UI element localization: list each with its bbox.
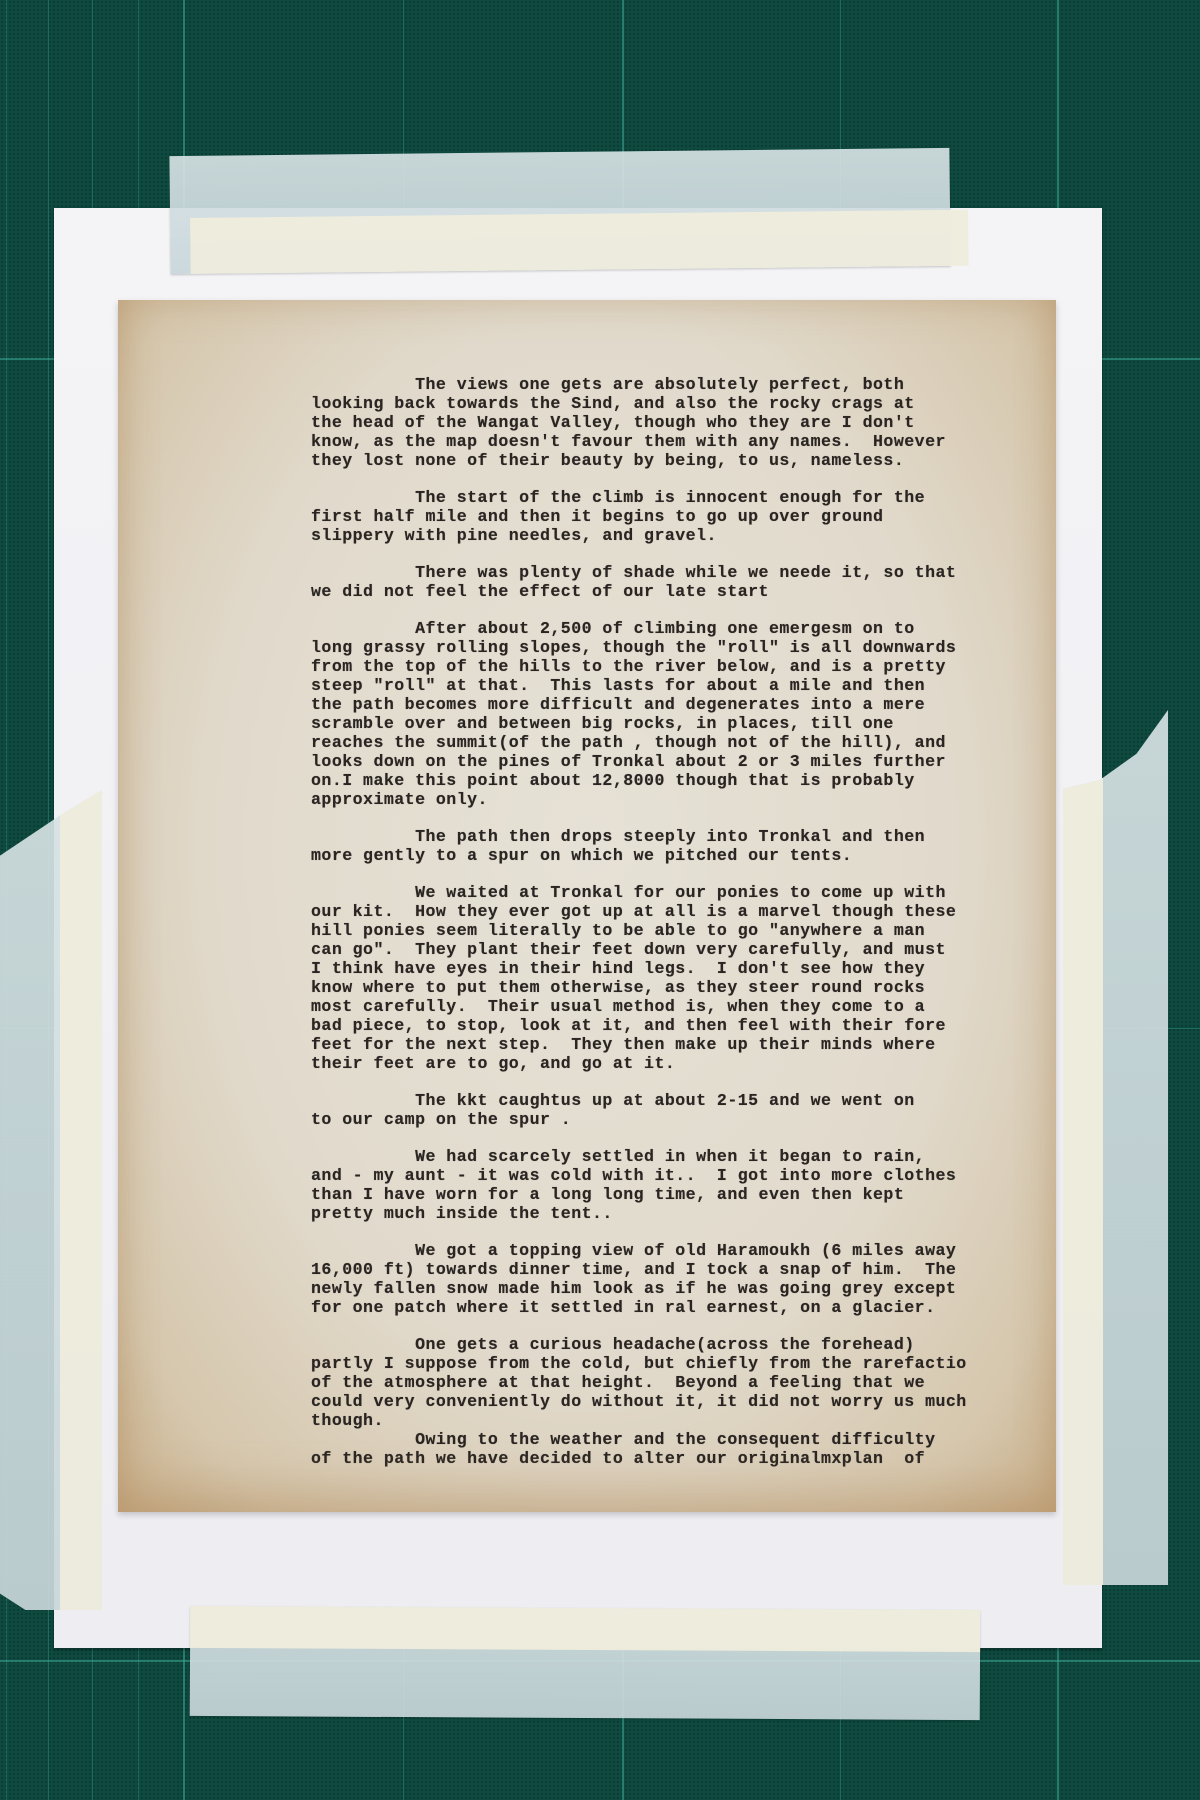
text-line: of the path we have decided to alter our… <box>311 1449 1071 1468</box>
paragraph: We waited at Tronkal for our ponies to c… <box>311 883 1071 1073</box>
text-line: I think have eyes in their hind legs. I … <box>311 959 1071 978</box>
text-line: of the atmosphere at that height. Beyond… <box>311 1373 1071 1392</box>
text-line: more gently to a spur on which we pitche… <box>311 846 1071 865</box>
text-line: partly I suppose from the cold, but chie… <box>311 1354 1071 1373</box>
paragraph: We got a topping view of old Haramoukh (… <box>311 1241 1071 1317</box>
text-line: looks down on the pines of Tronkal about… <box>311 752 1071 771</box>
masking-tape-left <box>0 790 102 1610</box>
text-line: There was plenty of shade while we neede… <box>311 563 1071 582</box>
text-line: 16,000 ft) towards dinner time, and I to… <box>311 1260 1071 1279</box>
text-line: the path becomes more difficult and dege… <box>311 695 1071 714</box>
text-line: for one patch where it settled in ral ea… <box>311 1298 1071 1317</box>
text-line: The kkt caughtus up at about 2-15 and we… <box>311 1091 1071 1110</box>
paragraph: The views one gets are absolutely perfec… <box>311 375 1071 470</box>
text-line: We got a topping view of old Haramoukh (… <box>311 1241 1071 1260</box>
text-line: know where to put them otherwise, as the… <box>311 978 1071 997</box>
text-line: could very conveniently do without it, i… <box>311 1392 1071 1411</box>
text-line: steep "roll" at that. This lasts for abo… <box>311 676 1071 695</box>
masking-tape-bottom <box>190 1606 981 1720</box>
typescript-body: The views one gets are absolutely perfec… <box>311 375 1071 1486</box>
paragraph: The path then drops steeply into Tronkal… <box>311 827 1071 865</box>
paragraph: One gets a curious headache(across the f… <box>311 1335 1071 1430</box>
text-line: approximate only. <box>311 790 1071 809</box>
paragraph: There was plenty of shade while we neede… <box>311 563 1071 601</box>
text-line: we did not feel the effect of our late s… <box>311 582 1071 601</box>
text-line: slippery with pine needles, and gravel. <box>311 526 1071 545</box>
text-line: One gets a curious headache(across the f… <box>311 1335 1071 1354</box>
text-line: to our camp on the spur . <box>311 1110 1071 1129</box>
text-line: from the top of the hills to the river b… <box>311 657 1071 676</box>
text-line: We had scarcely settled in when it began… <box>311 1147 1071 1166</box>
text-line: than I have worn for a long long time, a… <box>311 1185 1071 1204</box>
text-line: newly fallen snow made him look as if he… <box>311 1279 1071 1298</box>
text-line: Owing to the weather and the consequent … <box>311 1430 1071 1449</box>
text-line: The start of the climb is innocent enoug… <box>311 488 1071 507</box>
text-line: reaches the summit(of the path , though … <box>311 733 1071 752</box>
text-line: hill ponies seem literally to be able to… <box>311 921 1071 940</box>
text-line: they lost none of their beauty by being,… <box>311 451 1071 470</box>
text-line: most carefully. Their usual method is, w… <box>311 997 1071 1016</box>
paragraph: Owing to the weather and the consequent … <box>311 1430 1071 1468</box>
typewritten-page: The views one gets are absolutely perfec… <box>118 300 1056 1512</box>
text-line: the head of the Wangat Valley, though wh… <box>311 413 1071 432</box>
text-line: can go". They plant their feet down very… <box>311 940 1071 959</box>
text-line: and - my aunt - it was cold with it.. I … <box>311 1166 1071 1185</box>
text-line: The views one gets are absolutely perfec… <box>311 375 1071 394</box>
text-line: scramble over and between big rocks, in … <box>311 714 1071 733</box>
text-line: The path then drops steeply into Tronkal… <box>311 827 1071 846</box>
text-line: bad piece, to stop, look at it, and then… <box>311 1016 1071 1035</box>
text-line: We waited at Tronkal for our ponies to c… <box>311 883 1071 902</box>
text-line: though. <box>311 1411 1071 1430</box>
text-line: know, as the map doesn't favour them wit… <box>311 432 1071 451</box>
text-line: After about 2,500 of climbing one emerge… <box>311 619 1071 638</box>
paragraph: After about 2,500 of climbing one emerge… <box>311 619 1071 809</box>
text-line: on.I make this point about 12,8000 thoug… <box>311 771 1071 790</box>
masking-tape-top <box>169 148 950 274</box>
text-line: first half mile and then it begins to go… <box>311 507 1071 526</box>
paragraph: The kkt caughtus up at about 2-15 and we… <box>311 1091 1071 1129</box>
paragraph: We had scarcely settled in when it began… <box>311 1147 1071 1223</box>
text-line: feet for the next step. They then make u… <box>311 1035 1071 1054</box>
text-line: our kit. How they ever got up at all is … <box>311 902 1071 921</box>
paragraph: The start of the climb is innocent enoug… <box>311 488 1071 545</box>
text-line: pretty much inside the tent.. <box>311 1204 1071 1223</box>
text-line: long grassy rolling slopes, though the "… <box>311 638 1071 657</box>
text-line: looking back towards the Sind, and also … <box>311 394 1071 413</box>
text-line: their feet are to go, and go at it. <box>311 1054 1071 1073</box>
masking-tape-right <box>1063 710 1168 1585</box>
